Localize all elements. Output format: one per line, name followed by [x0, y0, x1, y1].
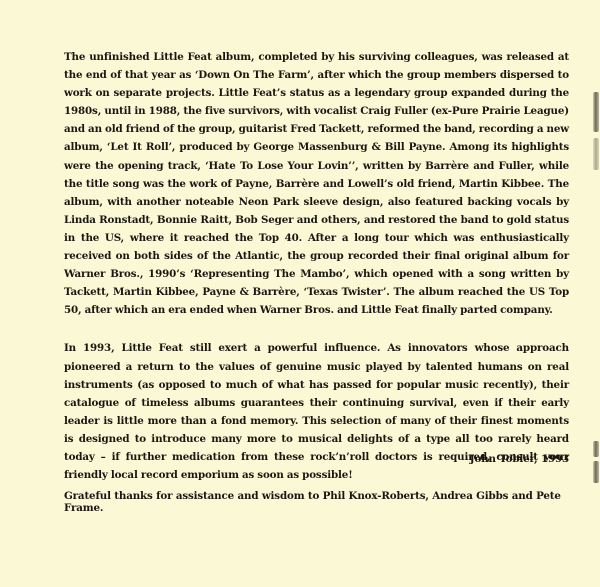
binding-staple-mark	[593, 138, 599, 170]
booklet-text-body: The unfinished Little Feat album, comple…	[64, 48, 569, 484]
binding-staple-mark	[593, 92, 599, 132]
binding-staple-mark	[593, 441, 599, 457]
paragraph-history: The unfinished Little Feat album, comple…	[64, 48, 569, 319]
binding-staple-mark	[593, 461, 599, 483]
acknowledgements: Grateful thanks for assistance and wisdo…	[64, 490, 569, 514]
author-signature: John Tobler, 1993	[64, 453, 569, 465]
